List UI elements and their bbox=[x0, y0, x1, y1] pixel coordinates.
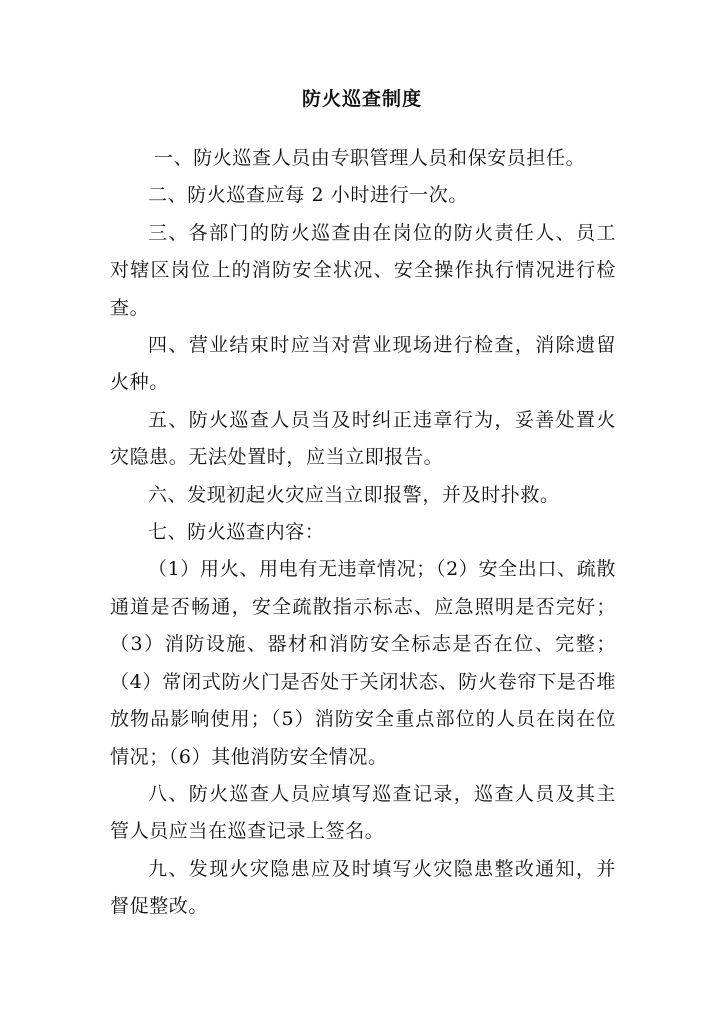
document-body: 一、防火巡查人员由专职管理人员和保安员担任。 二、防火巡查应每 2 小时进行一次… bbox=[110, 140, 616, 926]
paragraph-8: 八、防火巡查人员应填写巡查记录，巡查人员及其主管人员应当在巡查记录上签名。 bbox=[110, 776, 616, 851]
paragraph-1: 一、防火巡查人员由专职管理人员和保安员担任。 bbox=[110, 140, 616, 177]
paragraph-5: 五、防火巡查人员当及时纠正违章行为，妥善处置火灾隐患。无法处置时，应当立即报告。 bbox=[110, 402, 616, 477]
document-page: 防火巡查制度 一、防火巡查人员由专职管理人员和保安员担任。 二、防火巡查应每 2… bbox=[0, 0, 724, 1024]
paragraph-2: 二、防火巡查应每 2 小时进行一次。 bbox=[110, 177, 616, 214]
paragraph-7: 七、防火巡查内容： bbox=[110, 514, 616, 551]
paragraph-6: 六、发现初起火灾应当立即报警，并及时扑救。 bbox=[110, 477, 616, 514]
paragraph-4: 四、营业结束时应当对营业现场进行检查，消除遗留火种。 bbox=[110, 327, 616, 402]
document-title: 防火巡查制度 bbox=[0, 86, 724, 112]
paragraph-3: 三、各部门的防火巡查由在岗位的防火责任人、员工对辖区岗位上的消防安全状况、安全操… bbox=[110, 215, 616, 327]
paragraph-9: 九、发现火灾隐患应及时填写火灾隐患整改通知，并督促整改。 bbox=[110, 851, 616, 926]
paragraph-7-details: （1）用火、用电有无违章情况；（2）安全出口、疏散通道是否畅通，安全疏散指示标志… bbox=[110, 551, 616, 775]
